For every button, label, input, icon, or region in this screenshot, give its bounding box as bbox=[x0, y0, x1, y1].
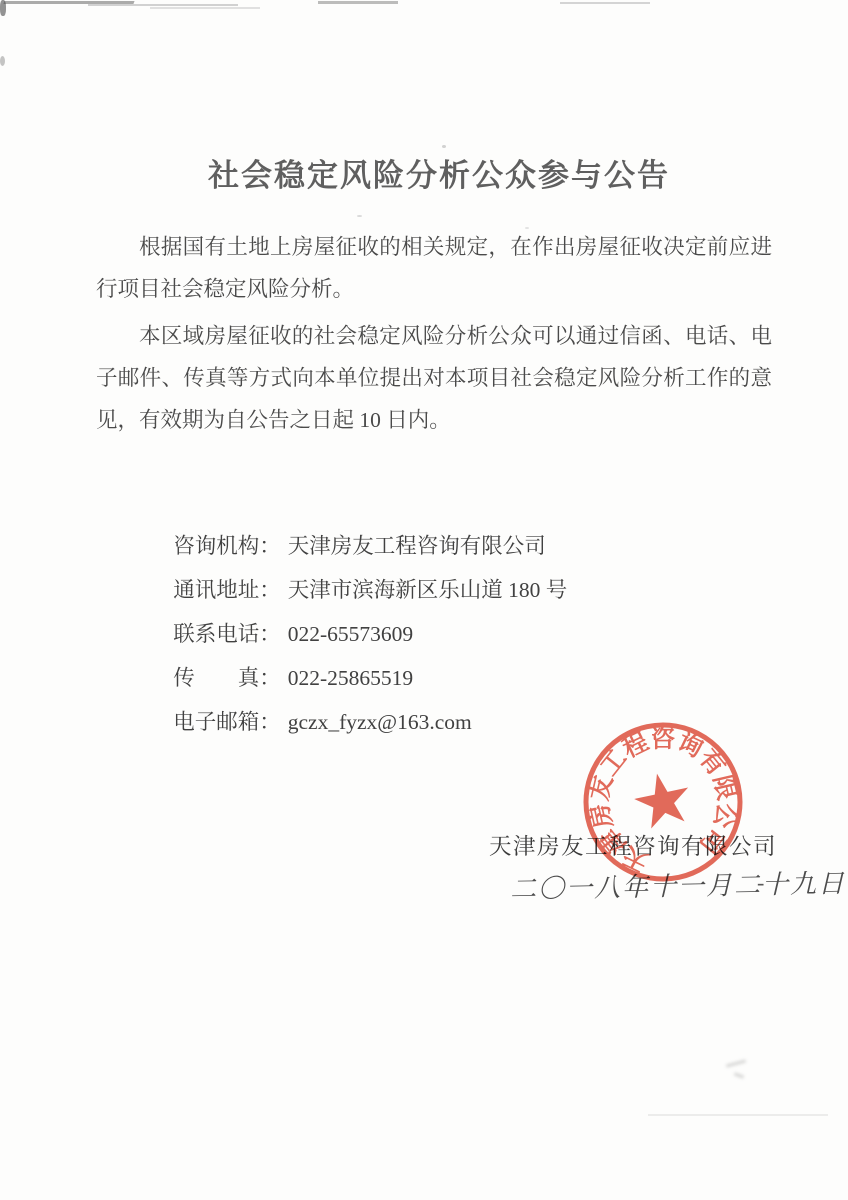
contact-block: 咨询机构：天津房友工程咨询有限公司 通讯地址：天津市滨海新区乐山道 180 号 … bbox=[141, 480, 567, 700]
paragraph-1: 根据国有土地上房屋征收的相关规定，在作出房屋征收决定前应进行项目社会稳定风险分析… bbox=[96, 226, 772, 310]
scan-artifact bbox=[442, 145, 446, 148]
contact-label: 咨询机构： bbox=[173, 534, 281, 558]
contact-value: 天津房友工程咨询有限公司 bbox=[288, 534, 546, 558]
scan-artifact bbox=[88, 4, 238, 6]
company-seal-stamp: 天津房友工程咨询有限公司 bbox=[577, 716, 749, 888]
scan-artifact bbox=[318, 1, 398, 4]
scan-artifact bbox=[648, 1114, 828, 1116]
scan-artifact bbox=[3, 1, 134, 4]
body-paragraphs: 根据国有土地上房屋征收的相关规定，在作出房屋征收决定前应进行项目社会稳定风险分析… bbox=[96, 226, 772, 441]
scan-smudge bbox=[718, 1058, 764, 1094]
star-icon bbox=[630, 768, 695, 831]
page-title: 社会稳定风险分析公众参与公告 bbox=[15, 150, 848, 195]
contact-label: 通讯地址： bbox=[173, 578, 281, 602]
contact-row-agency: 咨询机构：天津房友工程咨询有限公司 bbox=[141, 480, 567, 524]
contact-label: 联系电话： bbox=[173, 622, 281, 646]
contact-value: 022-65573609 bbox=[288, 622, 413, 646]
scan-artifact bbox=[560, 2, 650, 4]
contact-value: 天津市滨海新区乐山道 180 号 bbox=[288, 578, 568, 602]
contact-label: 电子邮箱： bbox=[173, 710, 281, 734]
scan-artifact bbox=[0, 56, 5, 66]
contact-value: gczx_fyzx@163.com bbox=[288, 710, 472, 734]
paragraph-2: 本区域房屋征收的社会稳定风险分析公众可以通过信函、电话、电子邮件、传真等方式向本… bbox=[96, 315, 772, 441]
pen-mark: - bbox=[757, 870, 764, 896]
contact-label: 传 真： bbox=[173, 666, 281, 690]
scan-artifact bbox=[0, 0, 6, 16]
contact-value: 022-25865519 bbox=[288, 666, 413, 690]
document-page: 社会稳定风险分析公众参与公告 根据国有土地上房屋征收的相关规定，在作出房屋征收决… bbox=[0, 0, 848, 1200]
scan-artifact bbox=[150, 7, 260, 9]
scan-artifact bbox=[357, 215, 362, 217]
